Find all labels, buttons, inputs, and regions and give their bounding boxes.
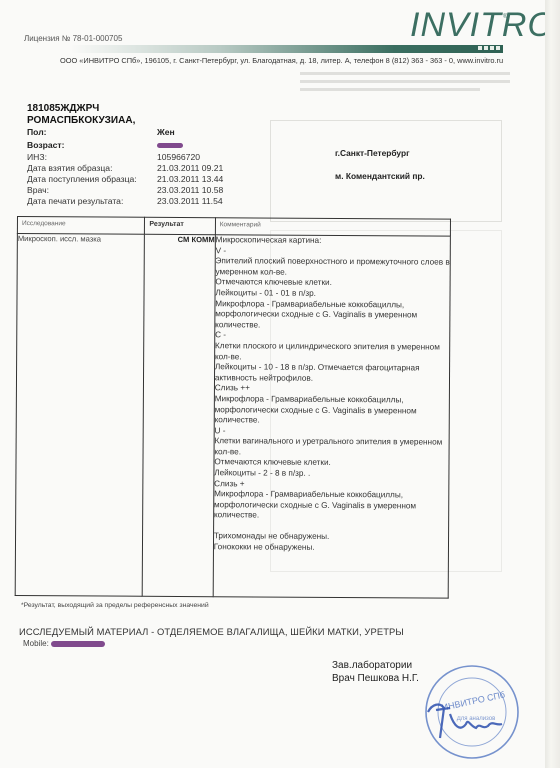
comment-line: Микроскопическая картина:: [216, 235, 450, 247]
patient-name: РОМАСПБКОКУЗИАА,: [27, 115, 135, 127]
invitro-logo: INVITRO: [410, 6, 555, 45]
field-label: Врач:: [27, 185, 49, 195]
header-gradient-bar: [70, 45, 503, 53]
redaction-mark: [51, 641, 105, 647]
header-comment: Комментарий: [215, 218, 450, 236]
svg-text:ИНВИТРО СПб: ИНВИТРО СПб: [441, 689, 506, 712]
license-number: Лицензия № 78-01-000705: [24, 34, 122, 43]
header-test: Исследование: [17, 217, 145, 235]
comment-line: количестве.: [214, 511, 448, 523]
field-label: ИНЗ:: [27, 152, 47, 162]
mobile-label: Mobile:: [23, 639, 49, 648]
field-value: 23.03.2011 11.54: [157, 196, 223, 206]
field-value: 21.03.2011 13.44: [157, 174, 223, 184]
patient-office: м. Комендантский пр.: [335, 171, 425, 181]
field-label: Дата поступления образца:: [27, 174, 137, 184]
patient-field: Врач:23.03.2011 10.58: [27, 185, 49, 195]
results-table: Исследование Результат Комментарий Микро…: [15, 216, 451, 599]
material-description: ИССЛЕДУЕМЫЙ МАТЕРИАЛ - ОТДЕЛЯЕМОЕ ВЛАГАЛ…: [19, 626, 404, 637]
comment-line: Клетки вагинального и уретрального эпите…: [214, 436, 448, 448]
patient-id: 181085ЖДЖРЧ: [27, 103, 135, 115]
test-result: СМ КОММ: [143, 234, 216, 596]
comment-line: Микрофлора - Грамвариабельные коккобацил…: [215, 394, 449, 406]
field-value: 23.03.2011 10.58: [157, 185, 223, 195]
patient-field: Дата взятия образца:21.03.2011 09.21: [27, 163, 112, 173]
field-value: 21.03.2011 09.21: [157, 163, 223, 173]
patient-field: ИНЗ:105966720: [27, 152, 47, 162]
field-value: 105966720: [157, 152, 200, 162]
field-label: Дата печати результата:: [27, 196, 123, 206]
reference-footnote: *Результат, выходящий за пределы референ…: [21, 602, 209, 609]
signature-name: Врач Пешкова Н.Г.: [332, 672, 419, 685]
patient-field: Возраст:: [27, 140, 65, 150]
patient-city: г.Санкт-Петербург: [335, 148, 410, 158]
lab-report-page: Лицензия № 78-01-000705 INVITRO ® ООО «И…: [0, 0, 545, 768]
test-comment: Микроскопическая картина:V -Эпителий пло…: [213, 235, 450, 598]
comment-line: количестве.: [215, 320, 449, 332]
field-label: Пол:: [27, 127, 47, 137]
signature-block: Зав.лаборатории Врач Пешкова Н.Г.: [332, 659, 419, 685]
svg-text:Для анализов: Для анализов: [457, 716, 496, 722]
comment-line: Лейкоциты - 01 - 01 в п/зр.: [215, 288, 449, 300]
patient-field: Дата печати результата:23.03.2011 11.54: [27, 196, 123, 206]
patient-block: 181085ЖДЖРЧ РОМАСПБКОКУЗИАА,: [27, 103, 135, 127]
bleed-through-line: [300, 80, 510, 83]
logo-squares-icon: [478, 46, 500, 50]
company-address: ООО «ИНВИТРО СПб», 196105, г. Санкт-Пете…: [60, 56, 503, 65]
comment-line: количестве.: [215, 415, 449, 427]
field-value: Жен: [157, 127, 175, 137]
lab-stamp-icon: ИНВИТРО СПб Для анализов: [410, 660, 528, 766]
patient-field: Дата поступления образца:21.03.2011 13.4…: [27, 174, 137, 184]
mobile-line: Mobile:: [23, 639, 105, 648]
patient-field: Пол:Жен: [27, 127, 47, 137]
comment-line: Клетки плоского и цилиндрического эпител…: [215, 341, 449, 353]
field-value: [157, 140, 183, 150]
field-label: Возраст:: [27, 140, 65, 150]
table-row: Микроскоп. иссл. мазка СМ КОММ Микроскоп…: [15, 234, 450, 599]
comment-line: Гонококки не обнаружены.: [214, 542, 448, 554]
scan-edge: [545, 0, 560, 768]
signature-title: Зав.лаборатории: [332, 659, 419, 672]
registered-mark: ®: [503, 14, 507, 20]
test-name: Микроскоп. иссл. мазка: [15, 234, 145, 597]
field-label: Дата взятия образца:: [27, 163, 112, 173]
comment-line: Лейкоциты - 2 - 8 в п/зр. .: [214, 468, 448, 480]
header-result: Результат: [145, 217, 215, 234]
redaction-mark: [157, 143, 183, 148]
bleed-through-line: [300, 88, 480, 91]
bleed-through-line: [300, 72, 510, 75]
